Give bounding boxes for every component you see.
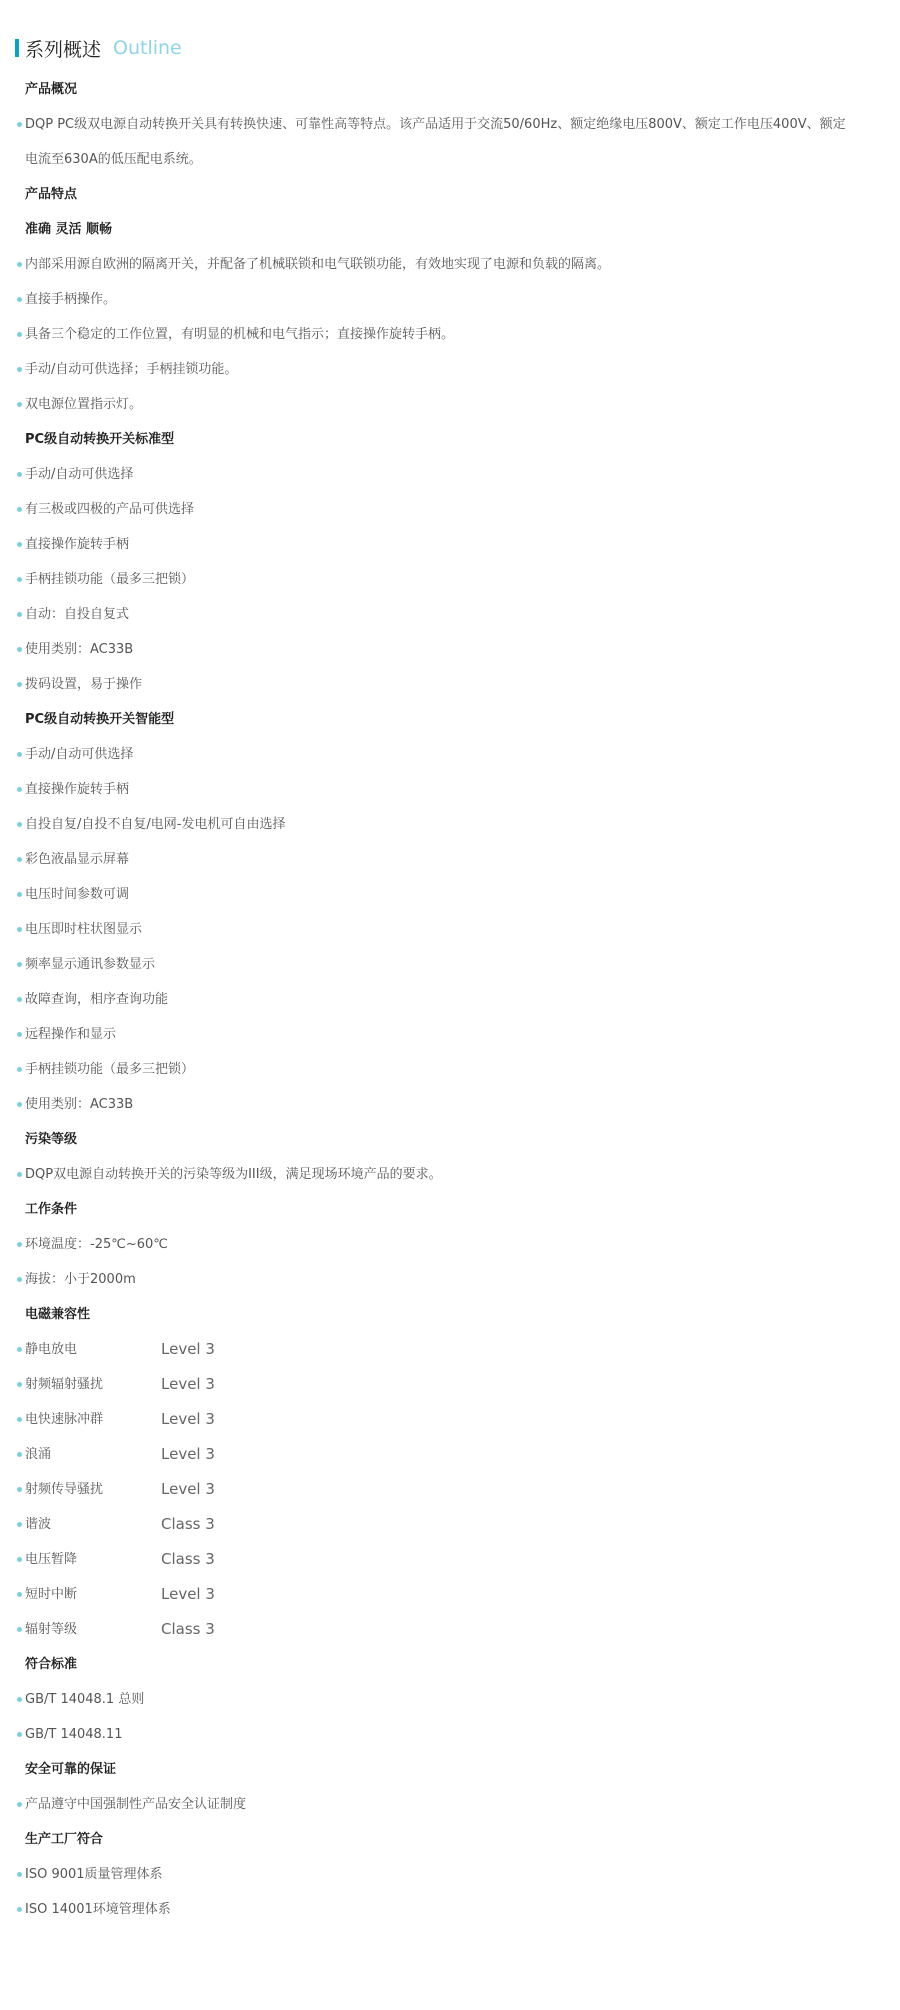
list-item: 使用类别：AC33B [0,1087,900,1122]
section-pollution-degree: 污染等级 DQP双电源自动转换开关的污染等级为III级，满足现场环境产品的要求。 [0,1122,900,1192]
emc-row: 谐波Class 3 [0,1507,900,1542]
item-text: 手动/自动可供选择 [25,457,133,492]
list-item: 有三极或四极的产品可供选择 [0,492,900,527]
title-accent-bar [15,39,19,57]
bullet-icon [17,612,22,617]
item-text: 手动/自动可供选择 [25,737,133,772]
list-item: 海拔：小于2000m [0,1262,900,1297]
section-heading: 污染等级 [0,1122,900,1157]
list-item: 手动/自动可供选择 [0,737,900,772]
list-item: 拨码设置，易于操作 [0,667,900,702]
list-item: 直接手柄操作。 [0,282,900,317]
list-item: 自投自复/自投不自复/电网-发电机可自由选择 [0,807,900,842]
list-item: 双电源位置指示灯。 [0,387,900,422]
item-text: 自动：自投自复式 [25,597,129,632]
section-heading: 生产工厂符合 [0,1822,900,1857]
bullet-icon [17,1172,22,1177]
bullet-icon [17,1347,22,1352]
title-english: Outline [113,37,182,59]
emc-row: 短时中断Level 3 [0,1577,900,1612]
section-features: 产品特点 [0,177,900,212]
bullet-icon [17,892,22,897]
emc-label: 静电放电 [25,1332,161,1367]
list-item: 手动/自动可供选择；手柄挂锁功能。 [0,352,900,387]
section-heading: 产品特点 [0,177,900,212]
list-item: 直接操作旋转手柄 [0,772,900,807]
emc-value: Level 3 [161,1367,215,1402]
emc-label: 辐射等级 [25,1612,161,1647]
bullet-icon [17,542,22,547]
bullet-icon [17,752,22,757]
bullet-icon [17,402,22,407]
section-standards: 符合标准 GB/T 14048.1 总则 GB/T 14048.11 [0,1647,900,1752]
list-item: 环境温度：-25℃~60℃ [0,1227,900,1262]
list-item: 远程操作和显示 [0,1017,900,1052]
item-text: 海拔：小于2000m [25,1262,136,1297]
bullet-icon [17,822,22,827]
item-text: 远程操作和显示 [25,1017,116,1052]
emc-value: Level 3 [161,1472,215,1507]
list-item: 手动/自动可供选择 [0,457,900,492]
item-text: 使用类别：AC33B [25,632,133,667]
emc-row: 电压暂降Class 3 [0,1542,900,1577]
section-title: 系列概述 Outline [0,34,900,62]
list-item: 频率显示通讯参数显示 [0,947,900,982]
list-item: 直接操作旋转手柄 [0,527,900,562]
bullet-icon [17,1382,22,1387]
emc-value: Level 3 [161,1577,215,1612]
bullet-icon [17,1417,22,1422]
section-accuracy: 准确 灵活 顺畅 内部采用源自欧洲的隔离开关，并配备了机械联锁和电气联锁功能，有… [0,212,900,422]
emc-value: Class 3 [161,1542,215,1577]
bullet-icon [17,1277,22,1282]
list-item: 具备三个稳定的工作位置，有明显的机械和电气指示；直接操作旋转手柄。 [0,317,900,352]
item-text: 具备三个稳定的工作位置，有明显的机械和电气指示；直接操作旋转手柄。 [25,317,454,352]
item-text: 环境温度：-25℃~60℃ [25,1227,168,1262]
section-heading: PC级自动转换开关智能型 [0,702,900,737]
list-item: 彩色液晶显示屏幕 [0,842,900,877]
outline-page: 系列概述 Outline 产品概况 DQP PC级双电源自动转换开关具有转换快速… [0,0,900,1927]
list-item: 产品遵守中国强制性产品安全认证制度 [0,1787,900,1822]
bullet-icon [17,1802,22,1807]
bullet-icon [17,367,22,372]
list-item: 使用类别：AC33B [0,632,900,667]
list-item: ISO 14001环境管理体系 [0,1892,900,1927]
bullet-icon [17,647,22,652]
list-item: 自动：自投自复式 [0,597,900,632]
bullet-icon [17,1032,22,1037]
emc-label: 电快速脉冲群 [25,1402,161,1437]
emc-value: Level 3 [161,1437,215,1472]
list-item: 手柄挂锁功能（最多三把锁） [0,1052,900,1087]
section-standard-type: PC级自动转换开关标准型 手动/自动可供选择 有三极或四极的产品可供选择 直接操… [0,422,900,702]
title-chinese: 系列概述 [25,35,101,62]
section-heading: PC级自动转换开关标准型 [0,422,900,457]
bullet-icon [17,1697,22,1702]
item-text: 手柄挂锁功能（最多三把锁） [25,1052,194,1087]
bullet-icon [17,122,22,127]
bullet-icon [17,1102,22,1107]
item-text: 电压时间参数可调 [25,877,129,912]
section-safety: 安全可靠的保证 产品遵守中国强制性产品安全认证制度 [0,1752,900,1822]
item-text: 频率显示通讯参数显示 [25,947,155,982]
emc-row: 浪涌Level 3 [0,1437,900,1472]
section-emc: 电磁兼容性 静电放电Level 3 射频辐射骚扰Level 3 电快速脉冲群Le… [0,1297,900,1647]
bullet-icon [17,1452,22,1457]
list-item: 手柄挂锁功能（最多三把锁） [0,562,900,597]
section-heading: 工作条件 [0,1192,900,1227]
bullet-icon [17,997,22,1002]
emc-value: Level 3 [161,1332,215,1367]
item-text: 手动/自动可供选择；手柄挂锁功能。 [25,352,237,387]
list-item: DQP PC级双电源自动转换开关具有转换快速、可靠性高等特点。该产品适用于交流5… [0,107,900,177]
section-heading: 准确 灵活 顺畅 [0,212,900,247]
bullet-icon [17,472,22,477]
item-text: 故障查询，相序查询功能 [25,982,168,1017]
list-item: 故障查询，相序查询功能 [0,982,900,1017]
bullet-icon [17,1592,22,1597]
bullet-icon [17,1487,22,1492]
section-overview: 产品概况 DQP PC级双电源自动转换开关具有转换快速、可靠性高等特点。该产品适… [0,72,900,177]
item-text: 双电源位置指示灯。 [25,387,142,422]
item-text: 内部采用源自欧洲的隔离开关，并配备了机械联锁和电气联锁功能，有效地实现了电源和负… [25,247,610,282]
list-item: ISO 9001质量管理体系 [0,1857,900,1892]
item-text: 直接手柄操作。 [25,282,116,317]
section-heading: 符合标准 [0,1647,900,1682]
bullet-icon [17,787,22,792]
emc-row: 射频辐射骚扰Level 3 [0,1367,900,1402]
bullet-icon [17,262,22,267]
bullet-icon [17,1732,22,1737]
item-text: 使用类别：AC33B [25,1087,133,1122]
item-text: 手柄挂锁功能（最多三把锁） [25,562,194,597]
list-item: 电压即时柱状图显示 [0,912,900,947]
bullet-icon [17,1557,22,1562]
emc-row: 辐射等级Class 3 [0,1612,900,1647]
item-text: ISO 9001质量管理体系 [25,1857,163,1892]
bullet-icon [17,1242,22,1247]
item-text: 直接操作旋转手柄 [25,772,129,807]
bullet-icon [17,1907,22,1912]
bullet-icon [17,332,22,337]
bullet-icon [17,507,22,512]
item-text: 电压即时柱状图显示 [25,912,142,947]
section-factory: 生产工厂符合 ISO 9001质量管理体系 ISO 14001环境管理体系 [0,1822,900,1927]
bullet-icon [17,1067,22,1072]
list-item: GB/T 14048.11 [0,1717,900,1752]
list-item: 内部采用源自欧洲的隔离开关，并配备了机械联锁和电气联锁功能，有效地实现了电源和负… [0,247,900,282]
section-working-conditions: 工作条件 环境温度：-25℃~60℃ 海拔：小于2000m [0,1192,900,1297]
item-text: GB/T 14048.1 总则 [25,1682,144,1717]
section-heading: 电磁兼容性 [0,1297,900,1332]
emc-label: 电压暂降 [25,1542,161,1577]
item-text: DQP PC级双电源自动转换开关具有转换快速、可靠性高等特点。该产品适用于交流5… [25,107,855,177]
bullet-icon [17,1872,22,1877]
emc-value: Class 3 [161,1507,215,1542]
emc-row: 电快速脉冲群Level 3 [0,1402,900,1437]
item-text: 直接操作旋转手柄 [25,527,129,562]
emc-row: 静电放电Level 3 [0,1332,900,1367]
item-text: DQP双电源自动转换开关的污染等级为III级，满足现场环境产品的要求。 [25,1157,442,1192]
bullet-icon [17,1627,22,1632]
bullet-icon [17,962,22,967]
bullet-icon [17,297,22,302]
bullet-icon [17,682,22,687]
section-heading: 安全可靠的保证 [0,1752,900,1787]
bullet-icon [17,857,22,862]
list-item: DQP双电源自动转换开关的污染等级为III级，满足现场环境产品的要求。 [0,1157,900,1192]
item-text: 自投自复/自投不自复/电网-发电机可自由选择 [25,807,285,842]
emc-label: 浪涌 [25,1437,161,1472]
list-item: 电压时间参数可调 [0,877,900,912]
item-text: ISO 14001环境管理体系 [25,1892,171,1927]
section-heading: 产品概况 [0,72,900,107]
bullet-icon [17,927,22,932]
emc-value: Level 3 [161,1402,215,1437]
section-intelligent-type: PC级自动转换开关智能型 手动/自动可供选择 直接操作旋转手柄 自投自复/自投不… [0,702,900,1122]
emc-label: 射频传导骚扰 [25,1472,161,1507]
item-text: 拨码设置，易于操作 [25,667,142,702]
item-text: 产品遵守中国强制性产品安全认证制度 [25,1787,246,1822]
emc-row: 射频传导骚扰Level 3 [0,1472,900,1507]
bullet-icon [17,1522,22,1527]
item-text: 有三极或四极的产品可供选择 [25,492,194,527]
item-text: GB/T 14048.11 [25,1717,122,1752]
list-item: GB/T 14048.1 总则 [0,1682,900,1717]
emc-label: 短时中断 [25,1577,161,1612]
bullet-icon [17,577,22,582]
emc-label: 谐波 [25,1507,161,1542]
emc-label: 射频辐射骚扰 [25,1367,161,1402]
item-text: 彩色液晶显示屏幕 [25,842,129,877]
emc-value: Class 3 [161,1612,215,1647]
